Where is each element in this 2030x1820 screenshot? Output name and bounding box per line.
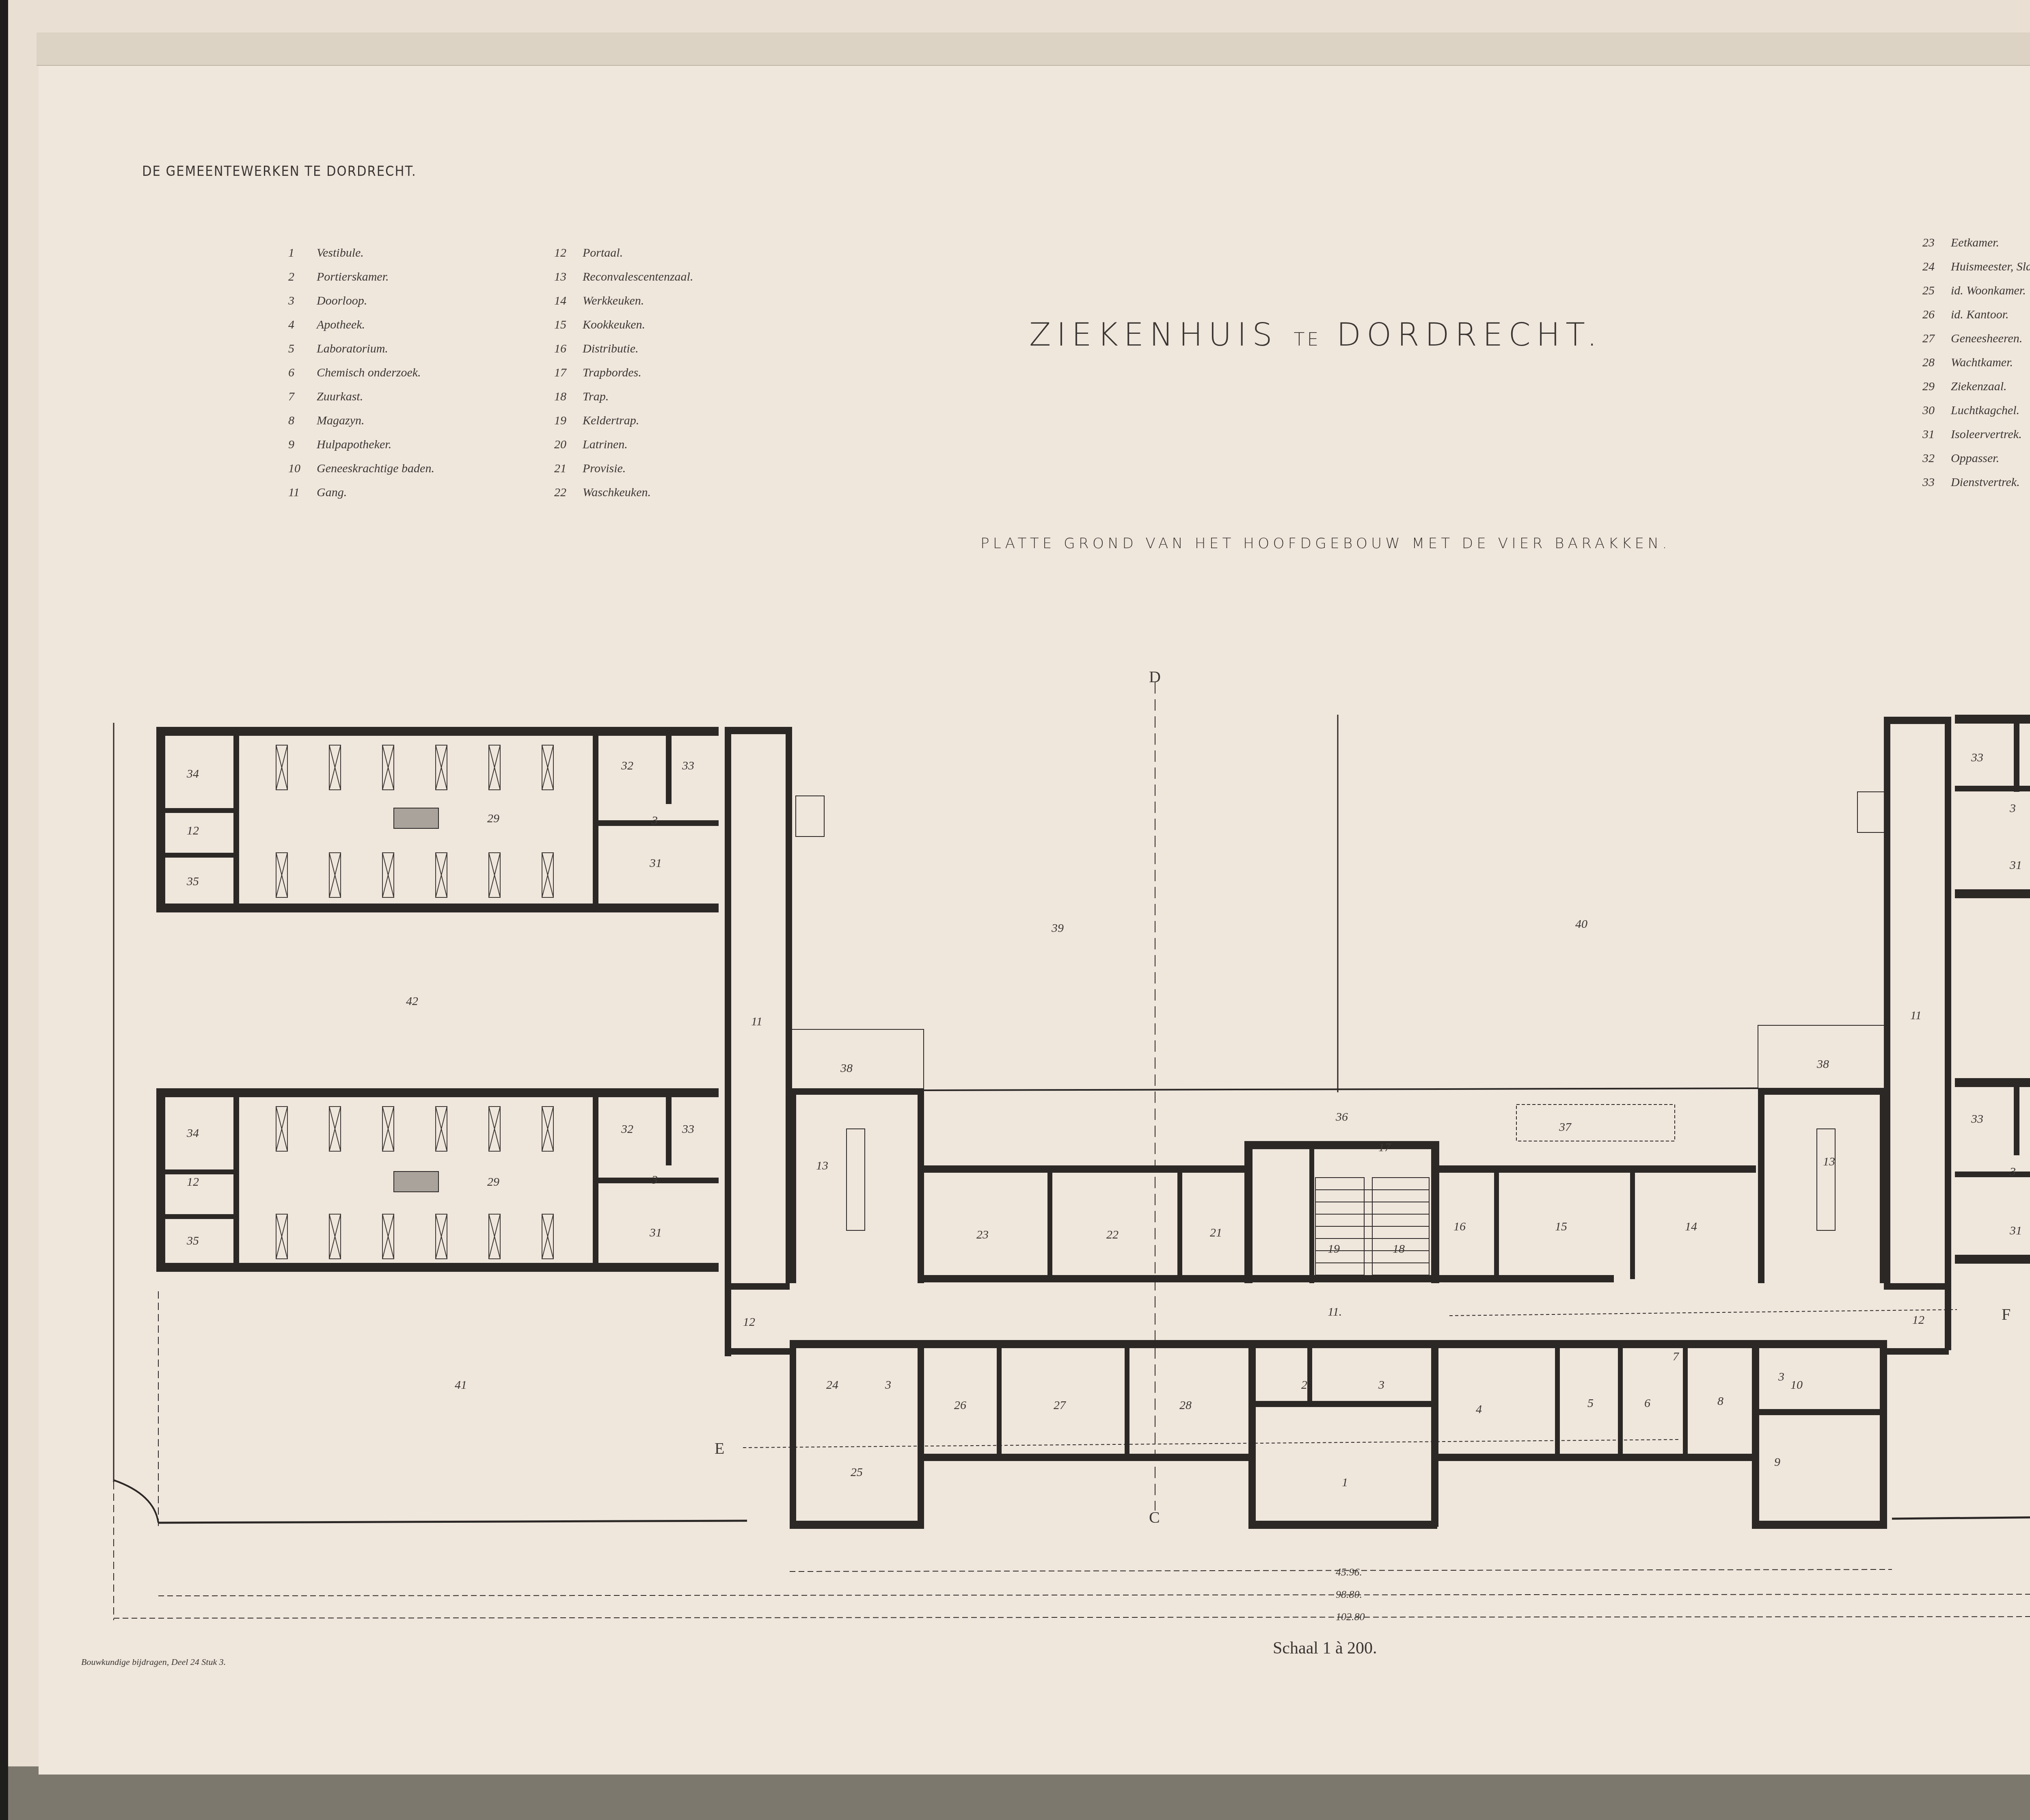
svg-text:35: 35: [186, 875, 199, 888]
svg-text:4: 4: [1476, 1403, 1482, 1416]
svg-text:26: 26: [954, 1399, 966, 1412]
section-markers: D B A C E F: [715, 647, 2030, 1526]
svg-text:3: 3: [2009, 802, 2016, 815]
rain-tank: [1516, 1105, 1675, 1141]
svg-text:3: 3: [1778, 1370, 1784, 1383]
front-fence-left: [158, 1521, 747, 1523]
svg-text:12: 12: [743, 1315, 755, 1329]
svg-text:39: 39: [1051, 921, 1064, 935]
svg-text:35: 35: [186, 1234, 199, 1247]
section-line-f: [1449, 1310, 1957, 1316]
stairs: [796, 792, 1886, 1275]
front-fence-right: [1892, 1513, 2030, 1519]
svg-text:32: 32: [621, 1122, 633, 1136]
svg-text:5: 5: [1587, 1396, 1594, 1410]
svg-text:8: 8: [1717, 1394, 1723, 1408]
svg-text:34: 34: [186, 767, 199, 780]
svg-text:24: 24: [826, 1378, 838, 1392]
svg-text:7: 7: [1673, 1350, 1680, 1363]
section-marker-d: D: [1149, 668, 1161, 686]
svg-text:14: 14: [1685, 1220, 1697, 1233]
courtyard-edge: [924, 1088, 1758, 1090]
svg-text:31: 31: [649, 856, 662, 870]
dimension-label-3: 102.80: [1336, 1611, 1365, 1623]
svg-text:3: 3: [1378, 1378, 1384, 1392]
svg-text:11: 11: [1910, 1009, 1922, 1022]
svg-text:37: 37: [1559, 1120, 1572, 1134]
svg-text:2: 2: [1301, 1378, 1307, 1392]
dimension-label-1: 45.96.: [1336, 1566, 1362, 1578]
svg-text:3: 3: [651, 1173, 658, 1187]
dimension-label-2: 98.80.: [1336, 1589, 1362, 1600]
svg-text:29: 29: [487, 1175, 499, 1189]
svg-text:33: 33: [1971, 751, 1983, 764]
svg-text:33: 33: [1971, 1112, 1983, 1126]
section-marker-f: F: [2002, 1305, 2011, 1323]
svg-text:11.: 11.: [1328, 1305, 1342, 1319]
svg-text:9: 9: [1774, 1455, 1780, 1469]
beds: [276, 733, 2030, 1259]
svg-text:34: 34: [186, 1126, 199, 1140]
svg-text:27: 27: [1054, 1399, 1067, 1412]
svg-text:36: 36: [1335, 1110, 1348, 1124]
svg-text:33: 33: [682, 759, 694, 772]
floor-plan: 39 40 41 41 42 42 36 37 38 38 11. 11 11 …: [0, 0, 2030, 1820]
svg-text:38: 38: [840, 1061, 853, 1075]
svg-text:12: 12: [187, 824, 199, 837]
svg-text:16: 16: [1453, 1220, 1466, 1233]
svg-text:11: 11: [751, 1015, 762, 1028]
walls: [156, 715, 2030, 1529]
publication-credit: Bouwkundige bijdragen, Deel 24 Stuk 3.: [81, 1657, 226, 1667]
svg-text:3: 3: [885, 1378, 891, 1392]
svg-text:13: 13: [816, 1159, 828, 1172]
veranda-right: [1758, 1025, 1890, 1088]
svg-text:41: 41: [455, 1378, 467, 1392]
section-marker-e: E: [715, 1439, 724, 1457]
section-line-e: [743, 1440, 1681, 1448]
svg-text:23: 23: [976, 1228, 989, 1241]
svg-text:3: 3: [651, 814, 658, 827]
svg-text:13: 13: [1823, 1155, 1835, 1168]
svg-text:12: 12: [1912, 1313, 1924, 1327]
svg-text:10: 10: [1790, 1378, 1803, 1392]
svg-text:18: 18: [1393, 1242, 1405, 1256]
dimension-line-2: [158, 1594, 2030, 1596]
svg-text:40: 40: [1575, 917, 1587, 931]
svg-text:19: 19: [1328, 1242, 1340, 1256]
svg-text:42: 42: [406, 994, 418, 1008]
stoves: [394, 796, 2030, 1192]
svg-text:15: 15: [1555, 1220, 1567, 1233]
svg-text:33: 33: [682, 1122, 694, 1136]
svg-text:21: 21: [1210, 1226, 1222, 1239]
svg-text:31: 31: [649, 1226, 662, 1239]
veranda-left: [792, 1029, 924, 1090]
scale-label: Schaal 1 à 200.: [1273, 1638, 1377, 1658]
svg-text:1: 1: [1342, 1476, 1348, 1489]
svg-text:22: 22: [1106, 1228, 1119, 1241]
svg-text:29: 29: [487, 812, 499, 825]
svg-text:12: 12: [187, 1175, 199, 1189]
svg-text:31: 31: [2009, 858, 2022, 872]
svg-text:28: 28: [1179, 1399, 1192, 1412]
svg-text:6: 6: [1644, 1396, 1650, 1410]
svg-text:38: 38: [1816, 1057, 1829, 1071]
svg-text:17: 17: [1378, 1141, 1391, 1154]
svg-text:31: 31: [2009, 1224, 2022, 1237]
svg-text:32: 32: [621, 759, 633, 772]
dimension-line-3: [114, 1616, 2030, 1618]
svg-text:25: 25: [851, 1466, 863, 1479]
svg-text:3: 3: [2009, 1165, 2016, 1178]
section-marker-c: C: [1149, 1508, 1160, 1526]
